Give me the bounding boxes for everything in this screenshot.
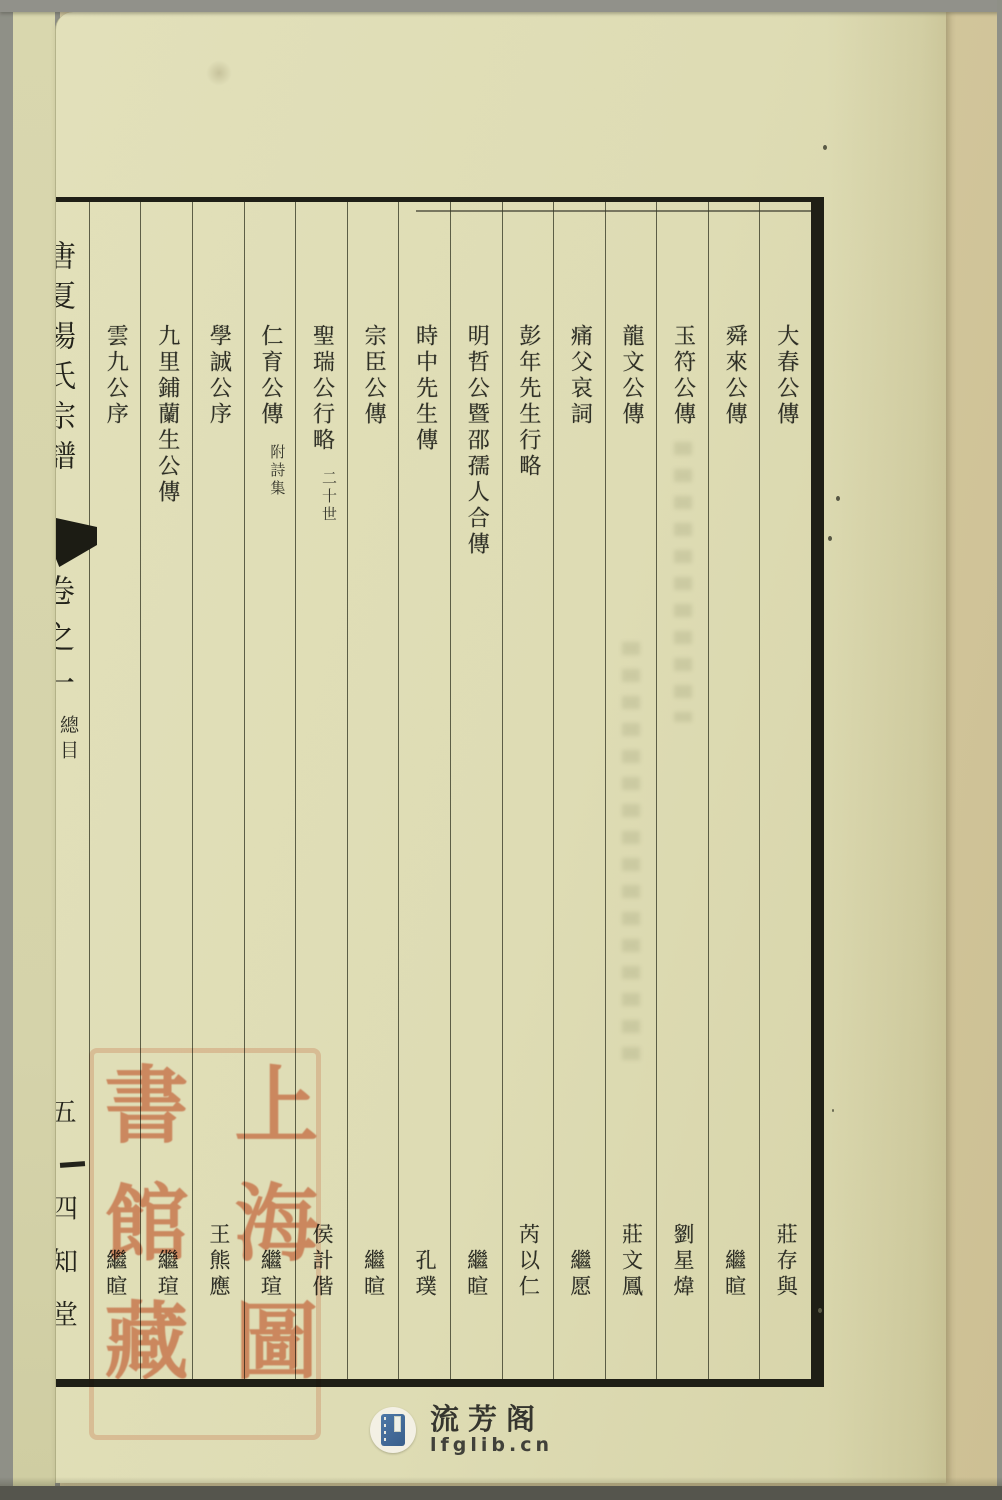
entry-title: 九里鋪蘭生公傳 xyxy=(156,324,178,506)
entry-author: 孔璞 xyxy=(414,1249,435,1301)
entry-title: 大春公傳 xyxy=(775,324,797,428)
entry-title: 明哲公暨邵孺人合傳 xyxy=(465,324,487,558)
toc-column-1: 大春公傳 莊存與 xyxy=(759,202,811,1379)
entry-title: 時中先生傳 xyxy=(414,324,436,454)
adjacent-page-edge xyxy=(13,10,55,1486)
watermark-site-url: lfglib.cn xyxy=(430,1436,553,1456)
toc-column-10: 聖瑞公行略 二十世 侯計偕 xyxy=(295,202,347,1379)
toc-column-6: 彭年先生行略 芮以仁 xyxy=(502,202,554,1379)
toc-column-13: 九里鋪蘭生公傳 繼瑄 xyxy=(140,202,192,1379)
entry-author: 王熊應 xyxy=(208,1223,229,1301)
entry-title: 學誠公序 xyxy=(207,324,229,428)
toc-column-3: 玉符公傳 劉星煒 xyxy=(656,202,708,1379)
entry-title: 玉符公傳 xyxy=(672,324,694,428)
scan-top-edge xyxy=(0,0,1002,12)
entry-title: 痛父哀詞 xyxy=(568,324,590,428)
entry-title: 龍文公傳 xyxy=(620,324,642,428)
book-logo-icon xyxy=(381,1414,405,1446)
genealogy-page: 大春公傳 莊存與 舜來公傳 繼暄 玉符公傳 劉星煒 龍文公傳 莊文鳳 xyxy=(55,12,946,1483)
spine-volume-label: 卷之一 xyxy=(55,574,73,712)
paper-stain xyxy=(206,60,232,86)
ink-bleedthrough xyxy=(674,442,692,722)
toc-column-12: 學誠公序 王熊應 xyxy=(192,202,244,1379)
entry-note: 二十世 xyxy=(321,470,336,524)
scanned-page-background: 大春公傳 莊存與 舜來公傳 繼暄 玉符公傳 劉星煒 龍文公傳 莊文鳳 xyxy=(0,0,1002,1500)
entry-title: 雲九公序 xyxy=(104,324,126,428)
spine-hall-mark: 四知堂 xyxy=(55,1194,75,1353)
page-bottom-seam xyxy=(0,1477,1002,1486)
toc-column-8: 時中先生傳 孔璞 xyxy=(398,202,450,1379)
site-watermark: 流芳阁 lfglib.cn xyxy=(370,1404,553,1456)
entry-title: 聖瑞公行略 xyxy=(311,324,333,454)
spine-page-number: 五 xyxy=(55,1098,74,1124)
entry-author: 繼暄 xyxy=(724,1249,745,1301)
spine-section-label: 總目 xyxy=(58,715,77,765)
entry-note: 附詩集 xyxy=(269,444,284,498)
watermark-text: 流芳阁 lfglib.cn xyxy=(430,1404,553,1456)
scan-right-edge xyxy=(997,0,1002,1500)
watermark-site-name: 流芳阁 xyxy=(430,1404,553,1434)
entry-author: 繼瑄 xyxy=(259,1249,280,1301)
entry-title: 舜來公傳 xyxy=(723,324,745,428)
entry-author: 莊文鳳 xyxy=(620,1223,641,1301)
entry-author: 繼愿 xyxy=(569,1249,590,1301)
ink-bleedthrough xyxy=(622,642,640,1072)
entry-author: 繼瑄 xyxy=(156,1249,177,1301)
watermark-badge xyxy=(370,1407,416,1453)
toc-column-2: 舜來公傳 繼暄 xyxy=(708,202,760,1379)
toc-column-4: 龍文公傳 莊文鳳 xyxy=(605,202,657,1379)
spine-book-title: 唐夏楊氏宗譜 xyxy=(55,240,72,480)
entry-author: 劉星煒 xyxy=(672,1223,693,1301)
entry-author: 莊存與 xyxy=(775,1223,796,1301)
entry-author: 繼暄 xyxy=(363,1249,384,1301)
toc-column-9: 宗臣公傳 繼暄 xyxy=(347,202,399,1379)
fold-shadow xyxy=(826,12,946,1483)
toc-column-11: 仁育公傳 附詩集 繼瑄 xyxy=(244,202,296,1379)
foxing-specks xyxy=(823,145,827,150)
scan-bottom-edge xyxy=(0,1486,1002,1500)
entry-title: 彭年先生行略 xyxy=(517,324,539,480)
toc-column-5: 痛父哀詞 繼愿 xyxy=(553,202,605,1379)
entry-author: 繼暄 xyxy=(105,1249,126,1301)
toc-columns: 大春公傳 莊存與 舜來公傳 繼暄 玉符公傳 劉星煒 龍文公傳 莊文鳳 xyxy=(89,202,811,1379)
toc-column-14: 雲九公序 繼暄 xyxy=(89,202,141,1379)
entry-author: 芮以仁 xyxy=(517,1223,538,1301)
toc-column-7: 明哲公暨邵孺人合傳 繼暄 xyxy=(450,202,502,1379)
entry-author: 侯計偕 xyxy=(311,1223,332,1301)
entry-title: 宗臣公傳 xyxy=(362,324,384,428)
entry-author: 繼暄 xyxy=(466,1249,487,1301)
entry-title: 仁育公傳 xyxy=(259,324,281,428)
